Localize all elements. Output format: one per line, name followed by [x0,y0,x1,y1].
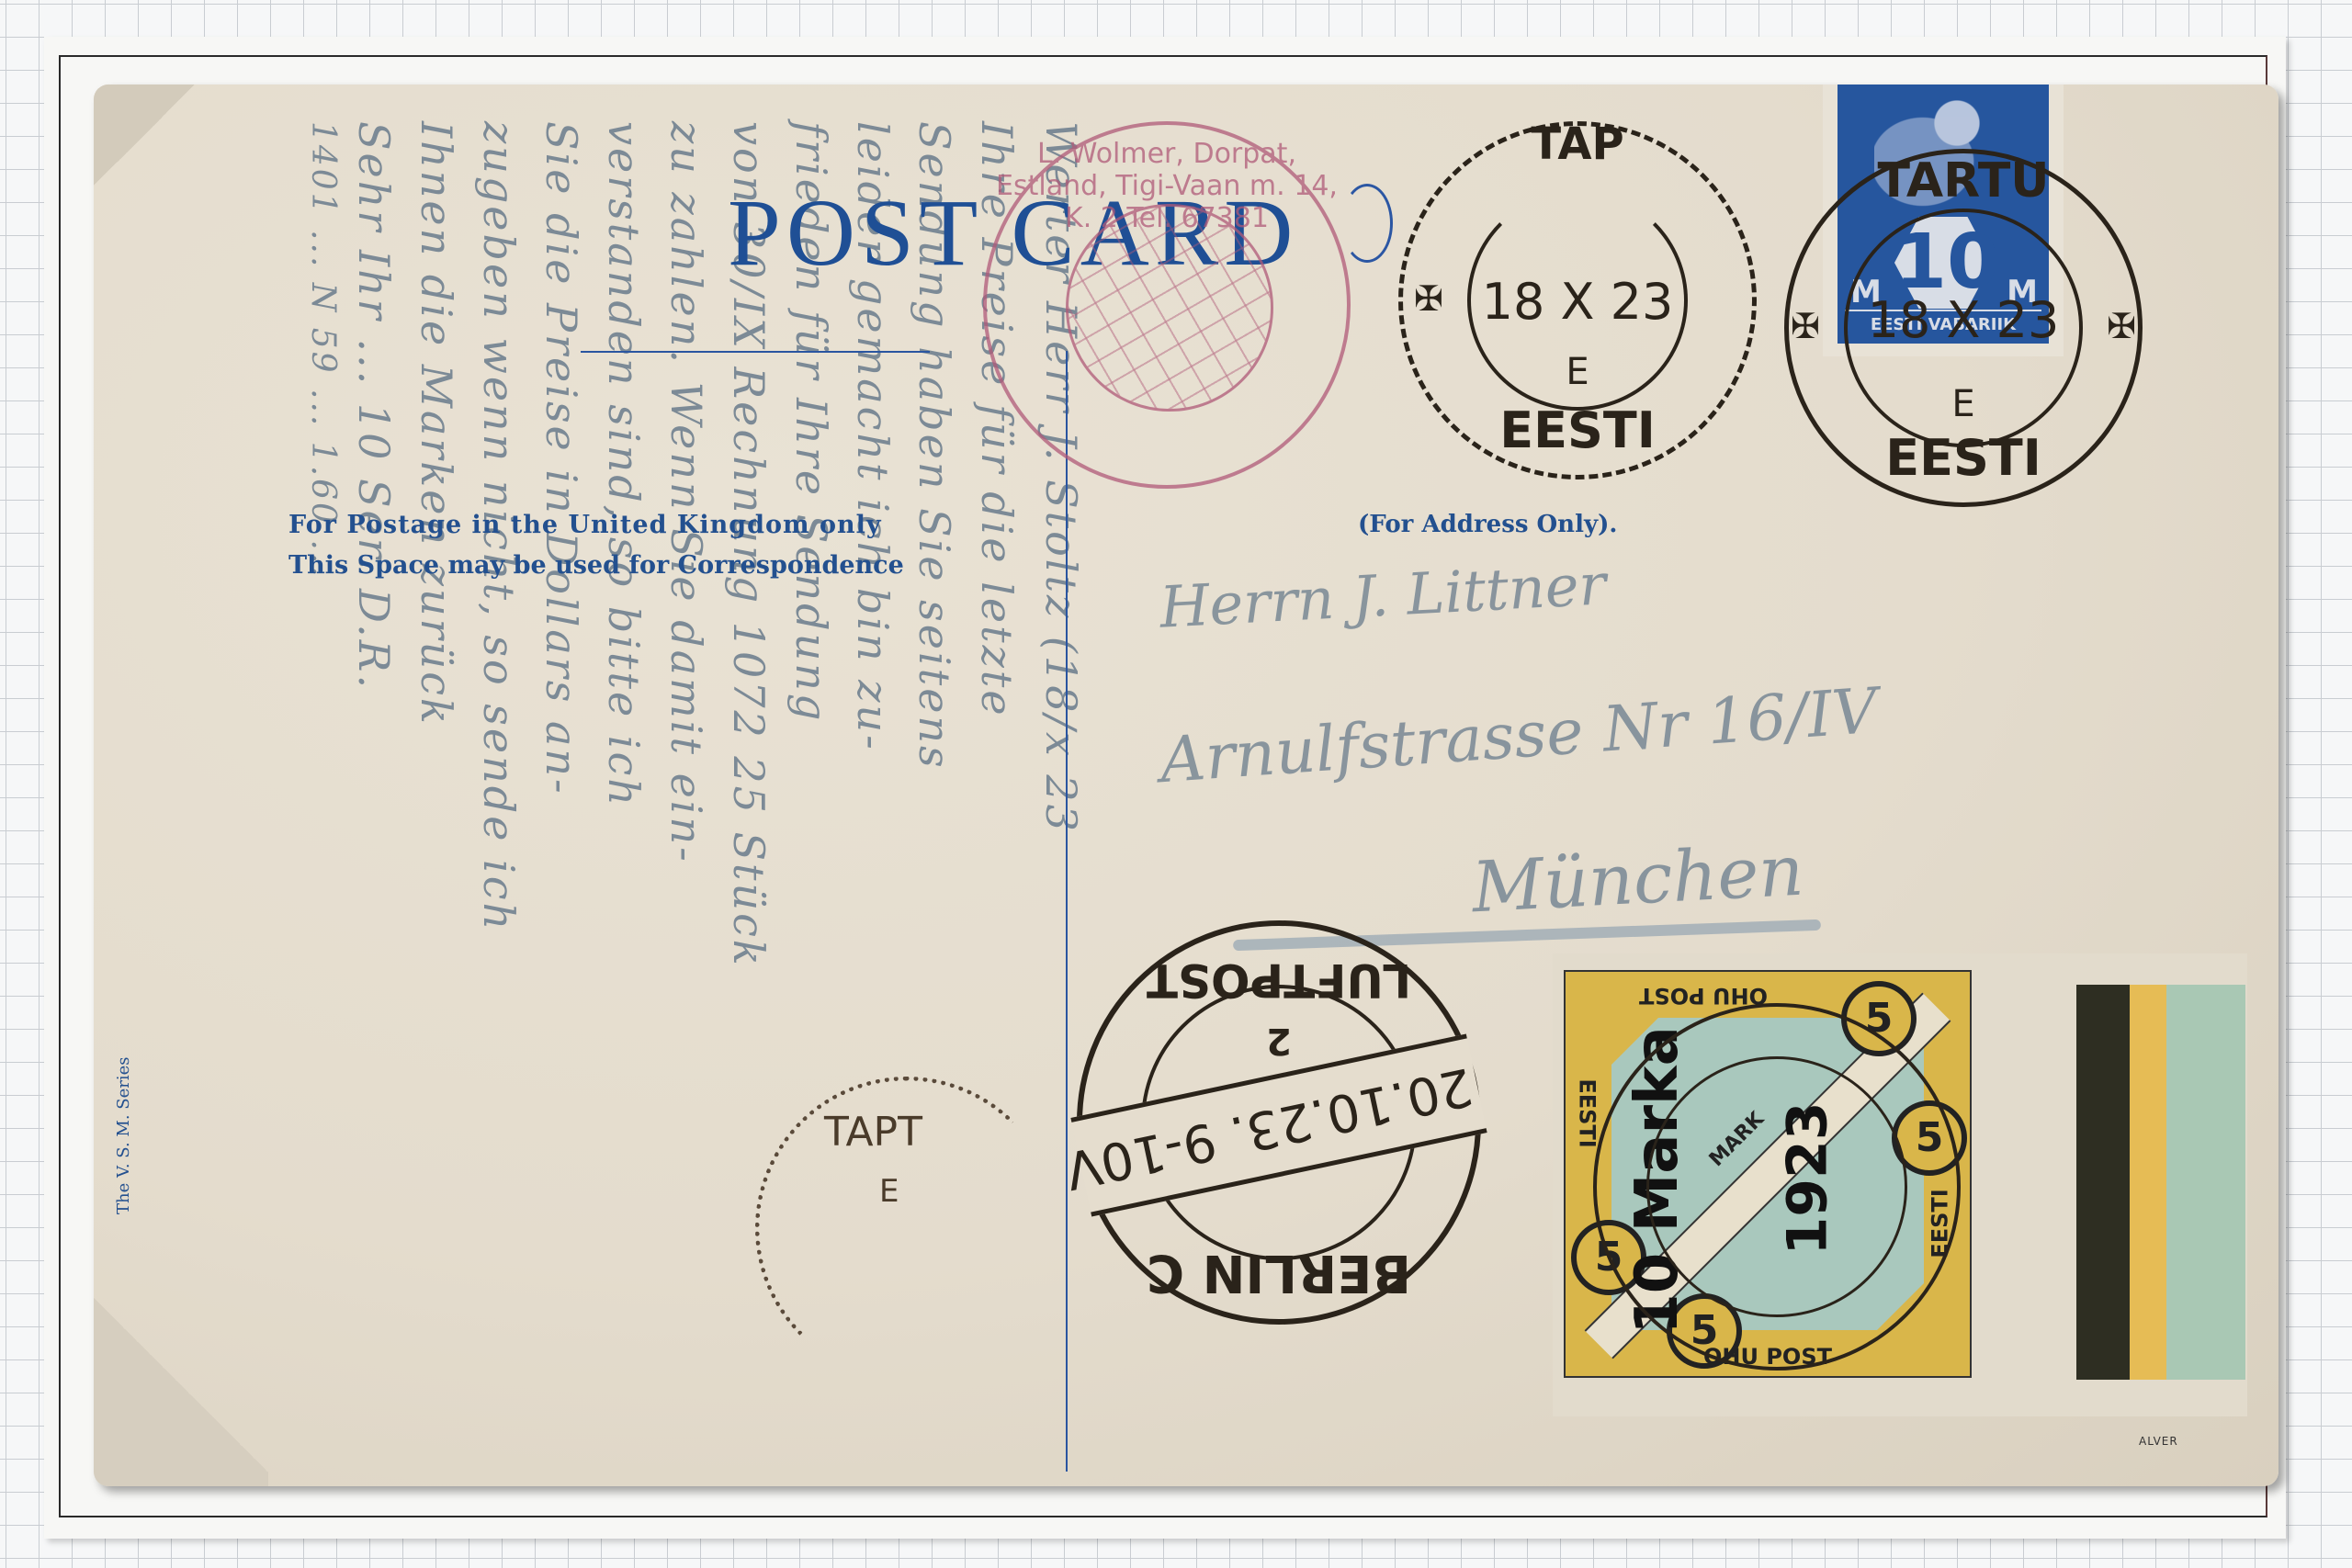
dealer-cachet: L. Wolmer, Dorpat, Estland, Tigi-Vaan m.… [983,121,1351,489]
postmark-town: TAP [1403,118,1752,170]
postage-note-line-2: This Space may be used for Correspondenc… [288,551,904,580]
postmark-date: 18 X 23 [1403,273,1752,331]
address-only-note: (For Address Only). [1358,511,1617,538]
divider-vertical [1066,351,1068,1472]
message-line: Sie die Preise in Dollars an- [537,121,586,796]
printer-imprint: ALVER [2139,1435,2178,1448]
margin-bar-black [2076,985,2130,1380]
postmark-town: TAPT [824,1109,922,1156]
postmark-letter: E [1789,383,2138,425]
margin-bar-green [2166,985,2245,1380]
postage-note-line-1: For Postage in the United Kingdom only [288,511,882,539]
postmark-tartu-1: 18 X 23 E EESTI TAP ✠ [1398,121,1757,479]
postmark-number: 2 [1082,1020,1476,1062]
postmark-bottom-label: LUFTPOST [1082,953,1476,1007]
divider-horizontal [581,351,930,353]
publisher-imprint: The V. S. M. Series [114,1056,133,1214]
postmark-letter: E [1403,351,1752,393]
message-line: Sehr Ihr ... 10 Ser. D.R. [349,121,399,691]
airmail-side-label: EESTI [1575,1078,1600,1147]
postmark-country: EESTI [1789,429,2138,487]
cross-icon: ✠ [1414,278,1443,319]
globe-icon [1066,204,1273,412]
postmark-letter: E [879,1173,899,1210]
blue-ink-mark [1341,184,1393,263]
postmark-tartu-airmail [1593,1003,1961,1371]
postcard: Werter Herr J. Stoltz (18/x 23 Ihre Prei… [94,85,2278,1486]
cross-icon: ✠ [1791,306,1820,346]
message-line: zu zahlen. Wenn Sie damit ein- [661,121,711,864]
postmark-top-label: BERLIN C [1082,1243,1476,1303]
postmark-tartu-2: 18 X 23 E EESTI TARTU ✠ ✠ [1784,149,2143,507]
address-street: Arnulfstrasse Nr 16/IV [1158,675,1880,797]
cross-icon: ✠ [2107,306,2136,346]
postmark-tartu-partial: TAPT E [755,1077,1058,1380]
message-line: verstanden sind, so bitte ich [599,121,649,808]
postmark-inner-ring [1646,1056,1907,1317]
message-line: Ihnen die Marken zurück [412,121,461,727]
cachet-text: L. Wolmer, Dorpat, Estland, Tigi-Vaan m.… [987,138,1347,234]
postmark-town: TARTU [1789,153,2138,209]
address-city: München [1470,829,1805,929]
postmark-date: 18 X 23 [1789,291,2138,349]
address-recipient: Herrn J. Littner [1158,550,1607,640]
postmark-country: EESTI [1403,401,1752,459]
margin-bar-yellow [2130,985,2166,1380]
postmark-berlin-luftpost: 20.10.23. 9-10V BERLIN C 2 LUFTPOST [1077,920,1481,1325]
